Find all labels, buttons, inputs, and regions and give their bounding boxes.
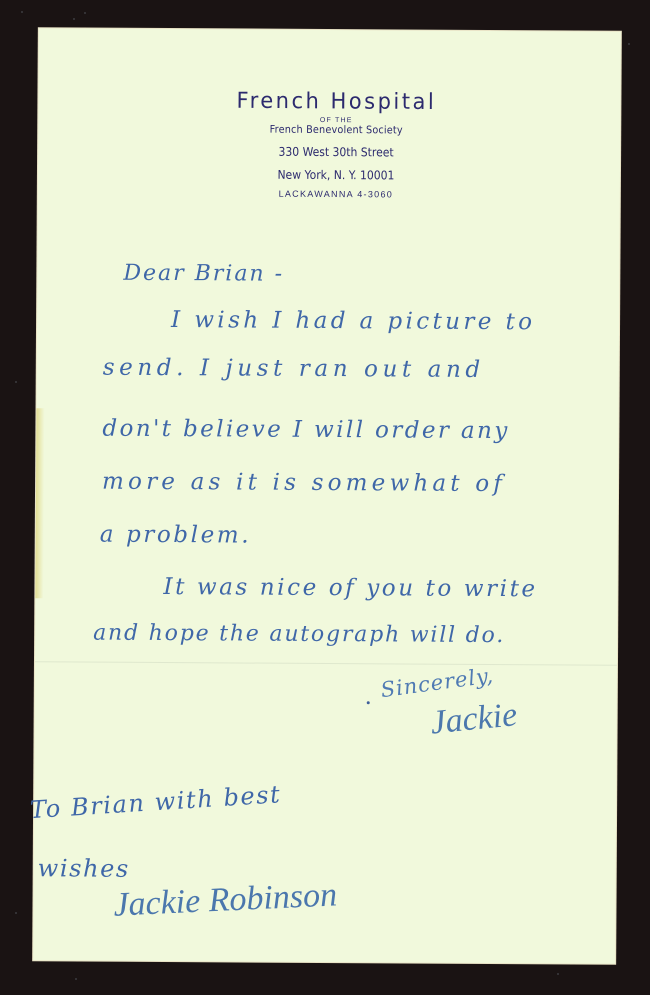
letter-closing: Sincerely,: [379, 663, 495, 702]
background-speck: [15, 381, 17, 383]
background-speck: [21, 11, 23, 13]
paper-edge-stain: [35, 408, 44, 598]
letter-line-7: and hope the autograph will do.: [93, 621, 505, 649]
letter-line-1: I wish I had a picture to: [171, 307, 536, 335]
ink-dot: [367, 701, 370, 704]
background-speck: [557, 973, 559, 975]
letterhead-title: French Hospital: [52, 86, 620, 117]
letterhead-street: 330 West 30th Street: [80, 143, 591, 160]
letter-line-3: don't believe I will order any: [102, 416, 509, 444]
letter-line-2: send. I just ran out and: [103, 355, 485, 383]
letter-salutation: Dear Brian -: [123, 261, 284, 287]
letterhead-phone: LACKAWANNA 4-3060: [52, 187, 620, 200]
inscription-line-2: wishes: [38, 854, 130, 883]
letterhead-society: French Benevolent Society: [75, 122, 598, 137]
letter-signature: Jackie: [429, 696, 519, 742]
letter-line-5: a problem.: [100, 522, 252, 549]
background-speck: [84, 12, 86, 14]
inscription-line-1: To Brian with best: [29, 780, 282, 824]
letterhead-city: New York, N. Y. 10001: [80, 166, 591, 183]
paper-fold-line: [35, 661, 617, 666]
background-speck: [73, 18, 75, 20]
background-speck: [75, 978, 77, 980]
background-speck: [15, 912, 17, 914]
background-speck: [628, 43, 630, 45]
letterhead: French Hospital OF THE French Benevolent…: [38, 86, 621, 201]
letter-line-4: more as it is somewhat of: [102, 469, 506, 497]
letter-line-6: It was nice of you to write: [163, 574, 537, 602]
inscription-signature: Jackie Robinson: [113, 876, 338, 924]
letter-paper: French Hospital OF THE French Benevolent…: [33, 28, 621, 964]
